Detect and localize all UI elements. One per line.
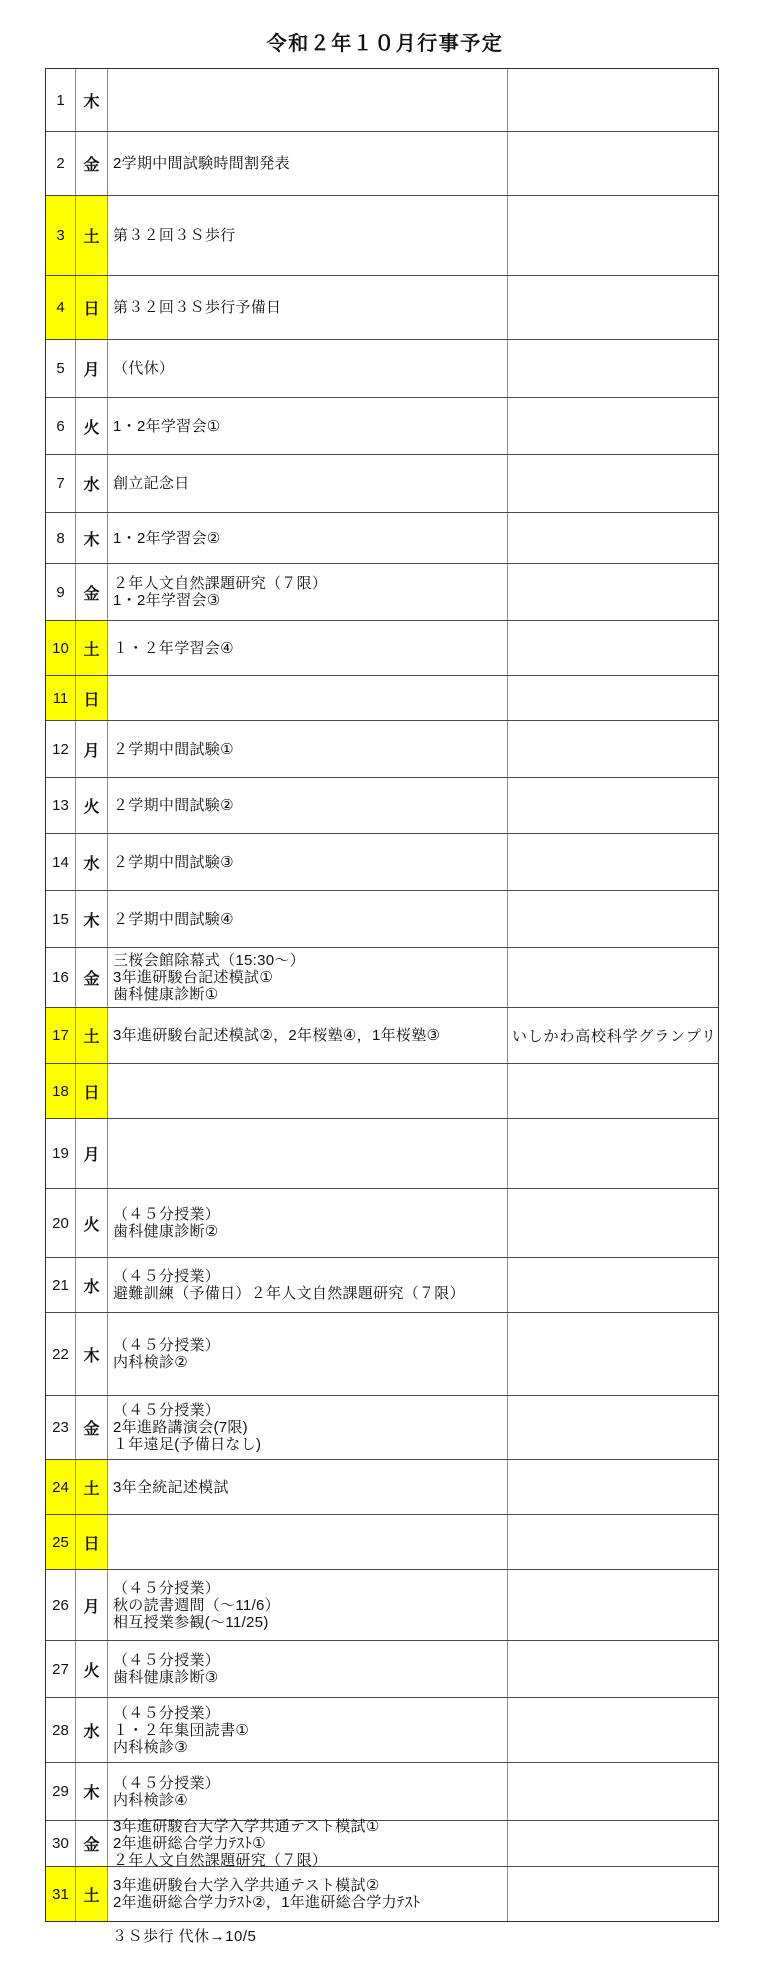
event-line: 内科検診③: [113, 1739, 507, 1756]
calendar-row: 12月２学期中間試験①: [46, 721, 718, 778]
event-cell: [108, 1119, 508, 1188]
event-line: 3年進研駿台記述模試②，2年桜塾④，1年桜塾③: [113, 1027, 507, 1044]
weekday-label: 水: [76, 1698, 108, 1762]
event-cell: ２学期中間試験③: [108, 834, 508, 890]
calendar-row: 4日第３２回３Ｓ歩行予備日: [46, 276, 718, 340]
note-cell: [508, 676, 718, 720]
weekday-label: 土: [76, 621, 108, 675]
weekday-label: 木: [76, 1313, 108, 1395]
event-line: ２学期中間試験④: [113, 911, 507, 928]
weekday-label: 火: [76, 778, 108, 833]
note-cell: [508, 1313, 718, 1395]
event-cell: （４５分授業）内科検診②: [108, 1313, 508, 1395]
event-cell: ２年人文自然課題研究（７限）1・2年学習会③: [108, 564, 508, 620]
note-cell: いしかわ高校科学グランプリ: [508, 1008, 718, 1063]
event-line: 2年進研総合学力ﾃｽﾄ①: [113, 1835, 507, 1852]
note-cell: [508, 455, 718, 512]
weekday-label: 土: [76, 1008, 108, 1063]
weekday-label: 火: [76, 398, 108, 454]
calendar-row: 18日: [46, 1064, 718, 1119]
calendar-row: 20火（４５分授業）歯科健康診断②: [46, 1189, 718, 1258]
weekday-label: 日: [76, 276, 108, 339]
event-cell: ２学期中間試験②: [108, 778, 508, 833]
day-number: 3: [46, 196, 76, 275]
calendar-row: 26月（４５分授業）秋の読書週間（～11/6）相互授業参観(～11/25): [46, 1570, 718, 1641]
day-number: 15: [46, 891, 76, 947]
note-cell: [508, 1258, 718, 1312]
calendar-row: 7水創立記念日: [46, 455, 718, 513]
day-number: 11: [46, 676, 76, 720]
event-line: （４５分授業）: [113, 1268, 507, 1285]
event-cell: 3年進研駿台大学入学共通テスト模試①2年進研総合学力ﾃｽﾄ①２年人文自然課題研究…: [108, 1821, 508, 1866]
event-cell: 三桜会館除幕式（15:30～）3年進研駿台記述模試①歯科健康診断①: [108, 948, 508, 1007]
note-cell: [508, 1189, 718, 1257]
note-cell: [508, 398, 718, 454]
event-cell: （４５分授業）歯科健康診断②: [108, 1189, 508, 1257]
calendar-row: 8木1・2年学習会②: [46, 513, 718, 564]
weekday-label: 土: [76, 1867, 108, 1921]
event-cell: １・２年学習会④: [108, 621, 508, 675]
note-cell: [508, 276, 718, 339]
weekday-label: 木: [76, 69, 108, 131]
note-cell: [508, 1641, 718, 1697]
calendar-table: 1木2金2学期中間試験時間割発表3土第３２回３Ｓ歩行4日第３２回３Ｓ歩行予備日5…: [45, 68, 719, 1922]
day-number: 4: [46, 276, 76, 339]
day-number: 28: [46, 1698, 76, 1762]
calendar-row: 25日: [46, 1515, 718, 1570]
day-number: 2: [46, 132, 76, 195]
event-line: （４５分授業）: [113, 1580, 507, 1597]
event-cell: [108, 1064, 508, 1118]
weekday-label: 火: [76, 1189, 108, 1257]
note-cell: [508, 1763, 718, 1820]
event-cell: ２学期中間試験④: [108, 891, 508, 947]
event-line: 内科検診②: [113, 1354, 507, 1371]
day-number: 25: [46, 1515, 76, 1569]
calendar-row: 27火（４５分授業）歯科健康診断③: [46, 1641, 718, 1698]
weekday-label: 木: [76, 513, 108, 563]
event-line: （代休）: [113, 360, 507, 377]
event-cell: 第３２回３Ｓ歩行: [108, 196, 508, 275]
weekday-label: 金: [76, 948, 108, 1007]
note-cell: [508, 340, 718, 397]
event-cell: [108, 1515, 508, 1569]
event-line: （４５分授業）: [113, 1402, 507, 1419]
event-line: ２学期中間試験②: [113, 797, 507, 814]
event-line: 相互授業参観(～11/25): [113, 1614, 507, 1631]
event-line: ２学期中間試験①: [113, 741, 507, 758]
weekday-label: 水: [76, 834, 108, 890]
event-line: 1・2年学習会①: [113, 418, 507, 435]
weekday-label: 月: [76, 721, 108, 777]
note-cell: [508, 834, 718, 890]
event-line: 3年進研駿台大学入学共通テスト模試①: [113, 1818, 507, 1835]
note-cell: [508, 132, 718, 195]
calendar-row: 1木: [46, 69, 718, 132]
note-cell: [508, 1460, 718, 1514]
event-line: ２年人文自然課題研究（７限）: [113, 575, 507, 592]
weekday-label: 月: [76, 340, 108, 397]
event-cell: [108, 676, 508, 720]
event-line: 3年進研駿台記述模試①: [113, 969, 507, 986]
event-cell: （４５分授業）避難訓練（予備日）２年人文自然課題研究（７限）: [108, 1258, 508, 1312]
calendar-row: 17土3年進研駿台記述模試②，2年桜塾④，1年桜塾③いしかわ高校科学グランプリ: [46, 1008, 718, 1064]
event-line: 歯科健康診断①: [113, 986, 507, 1003]
note-cell: [508, 513, 718, 563]
event-line: 避難訓練（予備日）２年人文自然課題研究（７限）: [113, 1285, 507, 1302]
calendar-row: 10土１・２年学習会④: [46, 621, 718, 676]
event-line: ２学期中間試験③: [113, 854, 507, 871]
note-cell: [508, 196, 718, 275]
weekday-label: 金: [76, 564, 108, 620]
event-line: （４５分授業）: [113, 1206, 507, 1223]
note-cell: [508, 564, 718, 620]
event-cell: 3年全統記述模試: [108, 1460, 508, 1514]
day-number: 30: [46, 1821, 76, 1866]
calendar-row: 30金3年進研駿台大学入学共通テスト模試①2年進研総合学力ﾃｽﾄ①２年人文自然課…: [46, 1821, 718, 1867]
day-number: 23: [46, 1396, 76, 1459]
event-line: 3年進研駿台大学入学共通テスト模試②: [113, 1877, 507, 1894]
calendar-row: 31土3年進研駿台大学入学共通テスト模試②2年進研総合学力ﾃｽﾄ②，1年進研総合…: [46, 1867, 718, 1921]
day-number: 21: [46, 1258, 76, 1312]
note-cell: [508, 1396, 718, 1459]
event-cell: （４５分授業）１・２年集団読書①内科検診③: [108, 1698, 508, 1762]
event-line: 2年進路講演会(7限): [113, 1419, 507, 1436]
day-number: 7: [46, 455, 76, 512]
event-line: 歯科健康診断②: [113, 1223, 507, 1240]
weekday-label: 水: [76, 1258, 108, 1312]
weekday-label: 日: [76, 1064, 108, 1118]
event-line: １・２年集団読書①: [113, 1722, 507, 1739]
note-cell: [508, 1064, 718, 1118]
day-number: 19: [46, 1119, 76, 1188]
calendar-row: 5月（代休）: [46, 340, 718, 398]
event-cell: （４５分授業）内科検診④: [108, 1763, 508, 1820]
event-line: （４５分授業）: [113, 1775, 507, 1792]
calendar-row: 23金（４５分授業）2年進路講演会(7限)１年遠足(予備日なし): [46, 1396, 718, 1460]
note-cell: [508, 1698, 718, 1762]
event-cell: 創立記念日: [108, 455, 508, 512]
day-number: 31: [46, 1867, 76, 1921]
event-cell: （４５分授業）歯科健康診断③: [108, 1641, 508, 1697]
event-line: 2年進研総合学力ﾃｽﾄ②，1年進研総合学力ﾃｽﾄ: [113, 1894, 507, 1911]
calendar-row: 28水（４５分授業）１・２年集団読書①内科検診③: [46, 1698, 718, 1763]
weekday-label: 火: [76, 1641, 108, 1697]
weekday-label: 日: [76, 1515, 108, 1569]
calendar-row: 19月: [46, 1119, 718, 1189]
event-line: 創立記念日: [113, 475, 507, 492]
event-line: 歯科健康診断③: [113, 1669, 507, 1686]
event-line: 第３２回３Ｓ歩行: [113, 227, 507, 244]
calendar-row: 9金２年人文自然課題研究（７限）1・2年学習会③: [46, 564, 718, 621]
weekday-label: 月: [76, 1119, 108, 1188]
calendar-row: 11日: [46, 676, 718, 721]
note-text: いしかわ高校科学グランプリ: [512, 1025, 717, 1046]
day-number: 8: [46, 513, 76, 563]
event-line: 第３２回３Ｓ歩行予備日: [113, 299, 507, 316]
event-line: １年遠足(予備日なし): [113, 1436, 507, 1453]
day-number: 27: [46, 1641, 76, 1697]
calendar-row: 22木（４５分授業）内科検診②: [46, 1313, 718, 1396]
weekday-label: 木: [76, 891, 108, 947]
calendar-row: 2金2学期中間試験時間割発表: [46, 132, 718, 196]
event-cell: ２学期中間試験①: [108, 721, 508, 777]
weekday-label: 月: [76, 1570, 108, 1640]
event-line: 内科検診④: [113, 1792, 507, 1809]
event-cell: [108, 69, 508, 131]
day-number: 6: [46, 398, 76, 454]
weekday-label: 土: [76, 196, 108, 275]
event-cell: 第３２回３Ｓ歩行予備日: [108, 276, 508, 339]
day-number: 1: [46, 69, 76, 131]
event-line: （４５分授業）: [113, 1705, 507, 1722]
note-cell: [508, 621, 718, 675]
note-cell: [508, 778, 718, 833]
calendar-row: 24土3年全統記述模試: [46, 1460, 718, 1515]
event-line: １・２年学習会④: [113, 640, 507, 657]
event-line: 2学期中間試験時間割発表: [113, 155, 507, 172]
weekday-label: 金: [76, 1821, 108, 1866]
event-cell: （代休）: [108, 340, 508, 397]
event-cell: 1・2年学習会①: [108, 398, 508, 454]
event-line: 1・2年学習会③: [113, 592, 507, 609]
event-cell: 3年進研駿台記述模試②，2年桜塾④，1年桜塾③: [108, 1008, 508, 1063]
calendar-row: 16金三桜会館除幕式（15:30～）3年進研駿台記述模試①歯科健康診断①: [46, 948, 718, 1008]
event-line: 3年全統記述模試: [113, 1479, 507, 1496]
event-line: （４５分授業）: [113, 1337, 507, 1354]
calendar-row: 29木（４５分授業）内科検診④: [46, 1763, 718, 1821]
day-number: 13: [46, 778, 76, 833]
event-cell: 1・2年学習会②: [108, 513, 508, 563]
calendar-row: 3土第３２回３Ｓ歩行: [46, 196, 718, 276]
weekday-label: 水: [76, 455, 108, 512]
weekday-label: 金: [76, 1396, 108, 1459]
note-cell: [508, 721, 718, 777]
day-number: 22: [46, 1313, 76, 1395]
event-line: 1・2年学習会②: [113, 530, 507, 547]
note-cell: [508, 1119, 718, 1188]
calendar-row: 15木２学期中間試験④: [46, 891, 718, 948]
weekday-label: 木: [76, 1763, 108, 1820]
day-number: 12: [46, 721, 76, 777]
footnote: ３Ｓ歩行 代休→10/5: [112, 1925, 256, 1946]
event-line: 三桜会館除幕式（15:30～）: [113, 952, 507, 969]
note-cell: [508, 1570, 718, 1640]
note-cell: [508, 69, 718, 131]
event-cell: 2学期中間試験時間割発表: [108, 132, 508, 195]
weekday-label: 日: [76, 676, 108, 720]
event-cell: 3年進研駿台大学入学共通テスト模試②2年進研総合学力ﾃｽﾄ②，1年進研総合学力ﾃ…: [108, 1867, 508, 1921]
calendar-row: 21水（４５分授業）避難訓練（予備日）２年人文自然課題研究（７限）: [46, 1258, 718, 1313]
day-number: 26: [46, 1570, 76, 1640]
note-cell: [508, 1821, 718, 1866]
weekday-label: 土: [76, 1460, 108, 1514]
day-number: 29: [46, 1763, 76, 1820]
note-cell: [508, 891, 718, 947]
day-number: 16: [46, 948, 76, 1007]
day-number: 9: [46, 564, 76, 620]
page-title: 令和２年１０月行事予定: [0, 27, 770, 56]
day-number: 5: [46, 340, 76, 397]
day-number: 17: [46, 1008, 76, 1063]
weekday-label: 金: [76, 132, 108, 195]
event-line: （４５分授業）: [113, 1652, 507, 1669]
note-cell: [508, 1515, 718, 1569]
day-number: 18: [46, 1064, 76, 1118]
event-cell: （４５分授業）2年進路講演会(7限)１年遠足(予備日なし): [108, 1396, 508, 1459]
note-cell: [508, 1867, 718, 1921]
calendar-row: 6火1・2年学習会①: [46, 398, 718, 455]
event-line: 秋の読書週間（～11/6）: [113, 1597, 507, 1614]
day-number: 14: [46, 834, 76, 890]
calendar-row: 13火２学期中間試験②: [46, 778, 718, 834]
day-number: 10: [46, 621, 76, 675]
calendar-row: 14水２学期中間試験③: [46, 834, 718, 891]
event-cell: （４５分授業）秋の読書週間（～11/6）相互授業参観(～11/25): [108, 1570, 508, 1640]
day-number: 20: [46, 1189, 76, 1257]
day-number: 24: [46, 1460, 76, 1514]
note-cell: [508, 948, 718, 1007]
